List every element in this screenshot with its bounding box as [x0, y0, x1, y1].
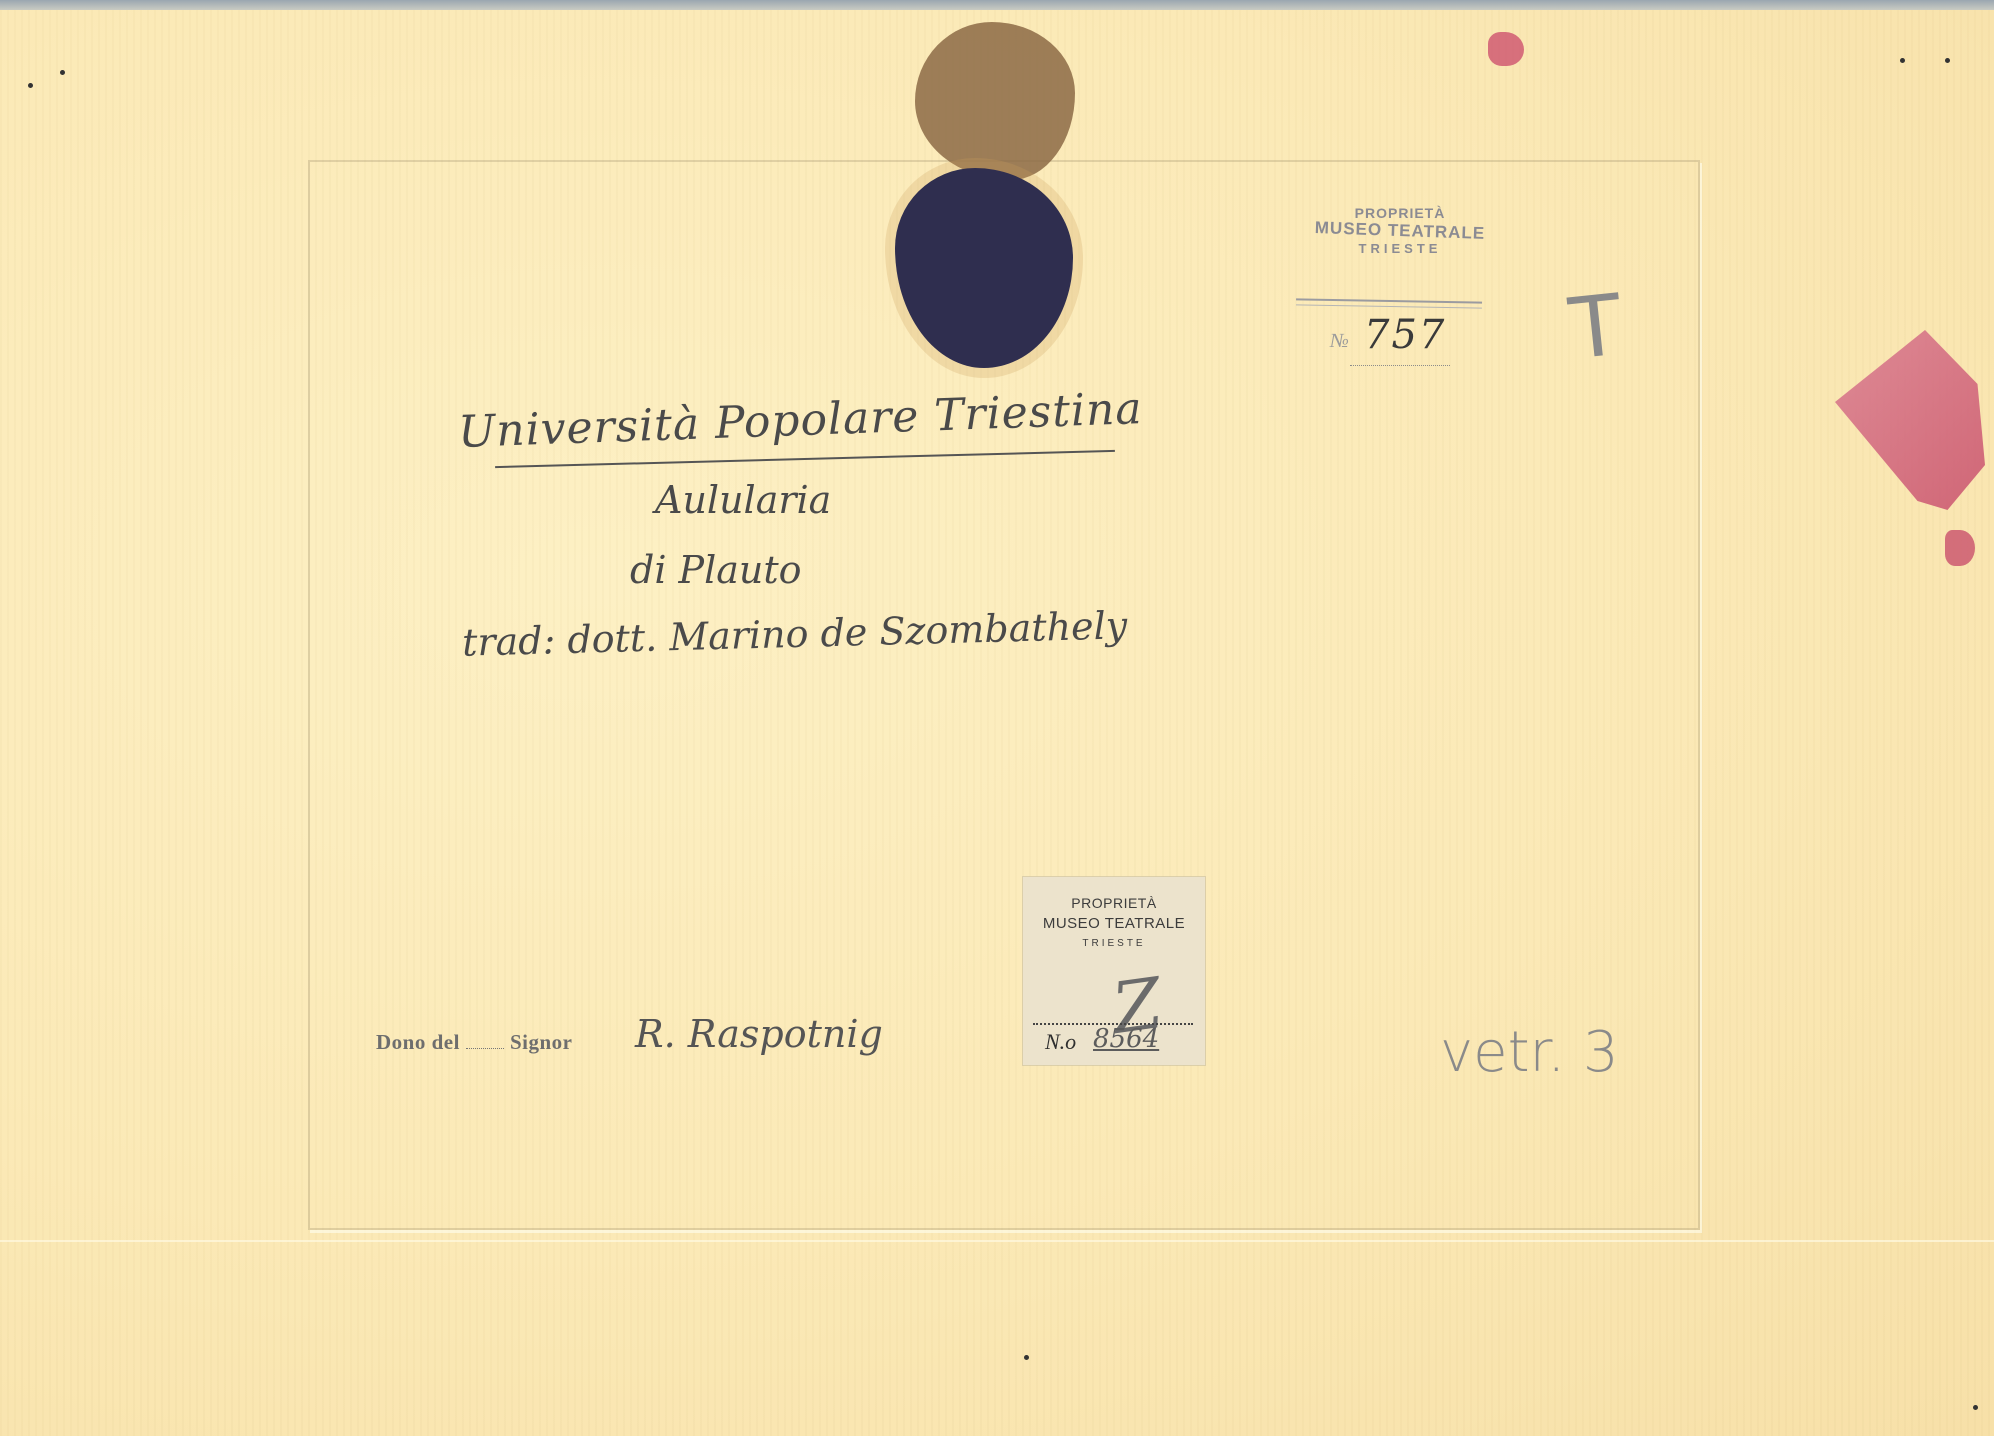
- paper-crease: [0, 1240, 1994, 1242]
- donor-label-signor: Signor: [510, 1030, 573, 1054]
- label-line-3: TRIESTE: [1023, 938, 1205, 949]
- inventory-number-prefix: №: [1330, 330, 1349, 353]
- donor-label-dono: Dono del: [376, 1030, 460, 1054]
- label-line-2: MUSEO TEATRALE: [1023, 915, 1205, 932]
- stamp-line-3: TRIESTE: [1310, 241, 1490, 256]
- play-author: di Plauto: [630, 548, 802, 592]
- pink-stain-top: [1488, 32, 1524, 66]
- inventory-underline: [1350, 365, 1450, 366]
- donor-printed-label: Dono delSignor: [376, 1030, 572, 1055]
- label-number-prefix: N.o: [1045, 1029, 1076, 1055]
- pink-stain-small: [1945, 530, 1975, 566]
- play-title: Aulularia: [655, 478, 831, 522]
- donor-dots: [466, 1048, 504, 1049]
- speck: [60, 70, 65, 75]
- scan-top-edge: [0, 0, 1994, 10]
- speck: [1973, 1405, 1978, 1410]
- shelf-mark: vetr. 3: [1440, 1020, 1619, 1085]
- donor-name: R. Raspotnig: [635, 1012, 883, 1056]
- inventory-number: 757: [1364, 312, 1446, 358]
- speck: [1900, 58, 1905, 63]
- museum-stamp-top: PROPRIETÀ MUSEO TEATRALE TRIESTE: [1310, 205, 1490, 256]
- label-line-1: PROPRIETÀ: [1023, 895, 1205, 911]
- label-number: 8564: [1093, 1024, 1159, 1054]
- museum-label: PROPRIETÀ MUSEO TEATRALE TRIESTE Z N.o 8…: [1023, 877, 1205, 1065]
- speck: [28, 83, 33, 88]
- corner-mark: T: [1565, 276, 1626, 379]
- speck: [1945, 58, 1950, 63]
- speck: [1024, 1355, 1029, 1360]
